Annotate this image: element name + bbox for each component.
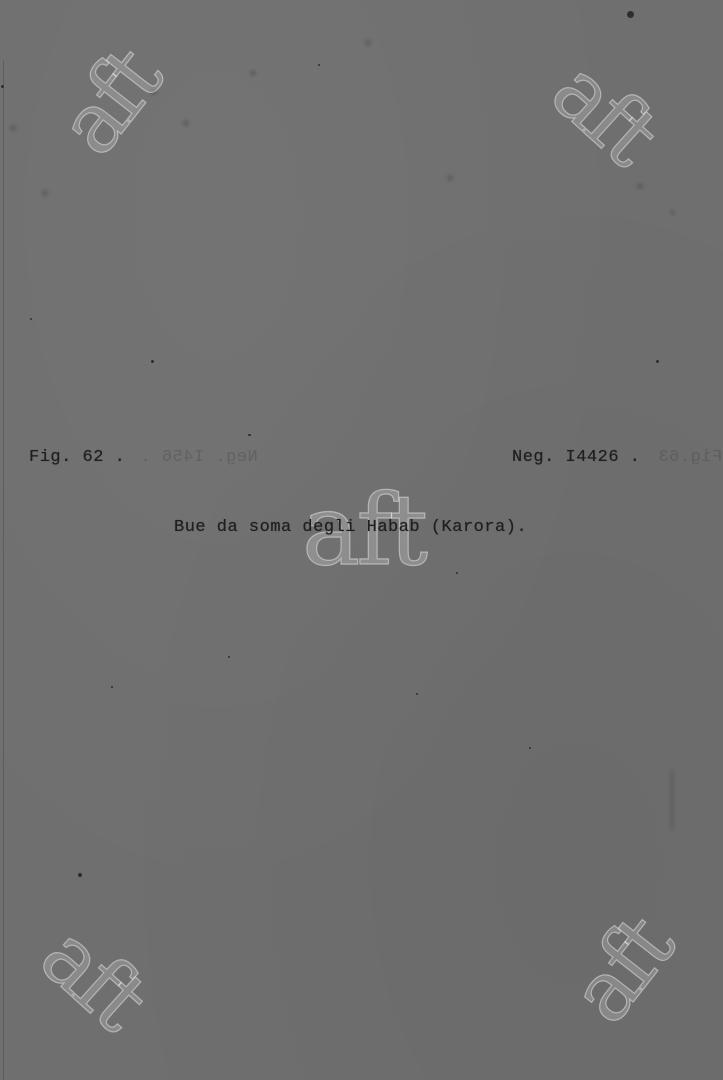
watermark-bottom-right: aft — [557, 904, 687, 1037]
smudge — [447, 175, 453, 181]
dust-speck — [529, 747, 531, 749]
watermark-bottom-left: aft — [27, 911, 160, 1042]
bleed-through-text-right: Fig.63 — [658, 448, 722, 467]
smudge — [670, 210, 675, 215]
negative-label: Neg. I4426 . — [512, 448, 640, 467]
dust-speck — [248, 434, 251, 436]
dust-speck — [30, 318, 32, 320]
dust-speck — [456, 572, 458, 574]
dust-speck — [627, 11, 634, 18]
smudge — [183, 120, 189, 126]
smudge — [671, 770, 673, 830]
dust-speck — [656, 360, 659, 363]
dust-speck — [318, 64, 320, 66]
smudge — [250, 70, 256, 76]
smudge — [637, 183, 643, 189]
watermark-top-right: aft — [538, 46, 671, 177]
smudge — [10, 125, 16, 131]
dust-speck — [228, 656, 230, 658]
document-page: aft aft aft aft aft Neg. I456 . Fig.63 F… — [0, 0, 723, 1080]
page-edge — [3, 60, 4, 1080]
bleed-through-text-left: Neg. I456 . — [140, 448, 258, 467]
watermark-top-left: aft — [45, 36, 175, 169]
caption-text: Bue da soma degli Habab (Karora). — [174, 518, 527, 537]
figure-label: Fig. 62 . — [29, 448, 125, 467]
dust-speck — [111, 686, 113, 688]
dust-speck — [151, 360, 154, 363]
dust-speck — [416, 693, 418, 695]
dust-speck — [1, 85, 4, 88]
smudge — [365, 40, 371, 46]
smudge — [42, 190, 48, 196]
dust-speck — [78, 873, 82, 877]
